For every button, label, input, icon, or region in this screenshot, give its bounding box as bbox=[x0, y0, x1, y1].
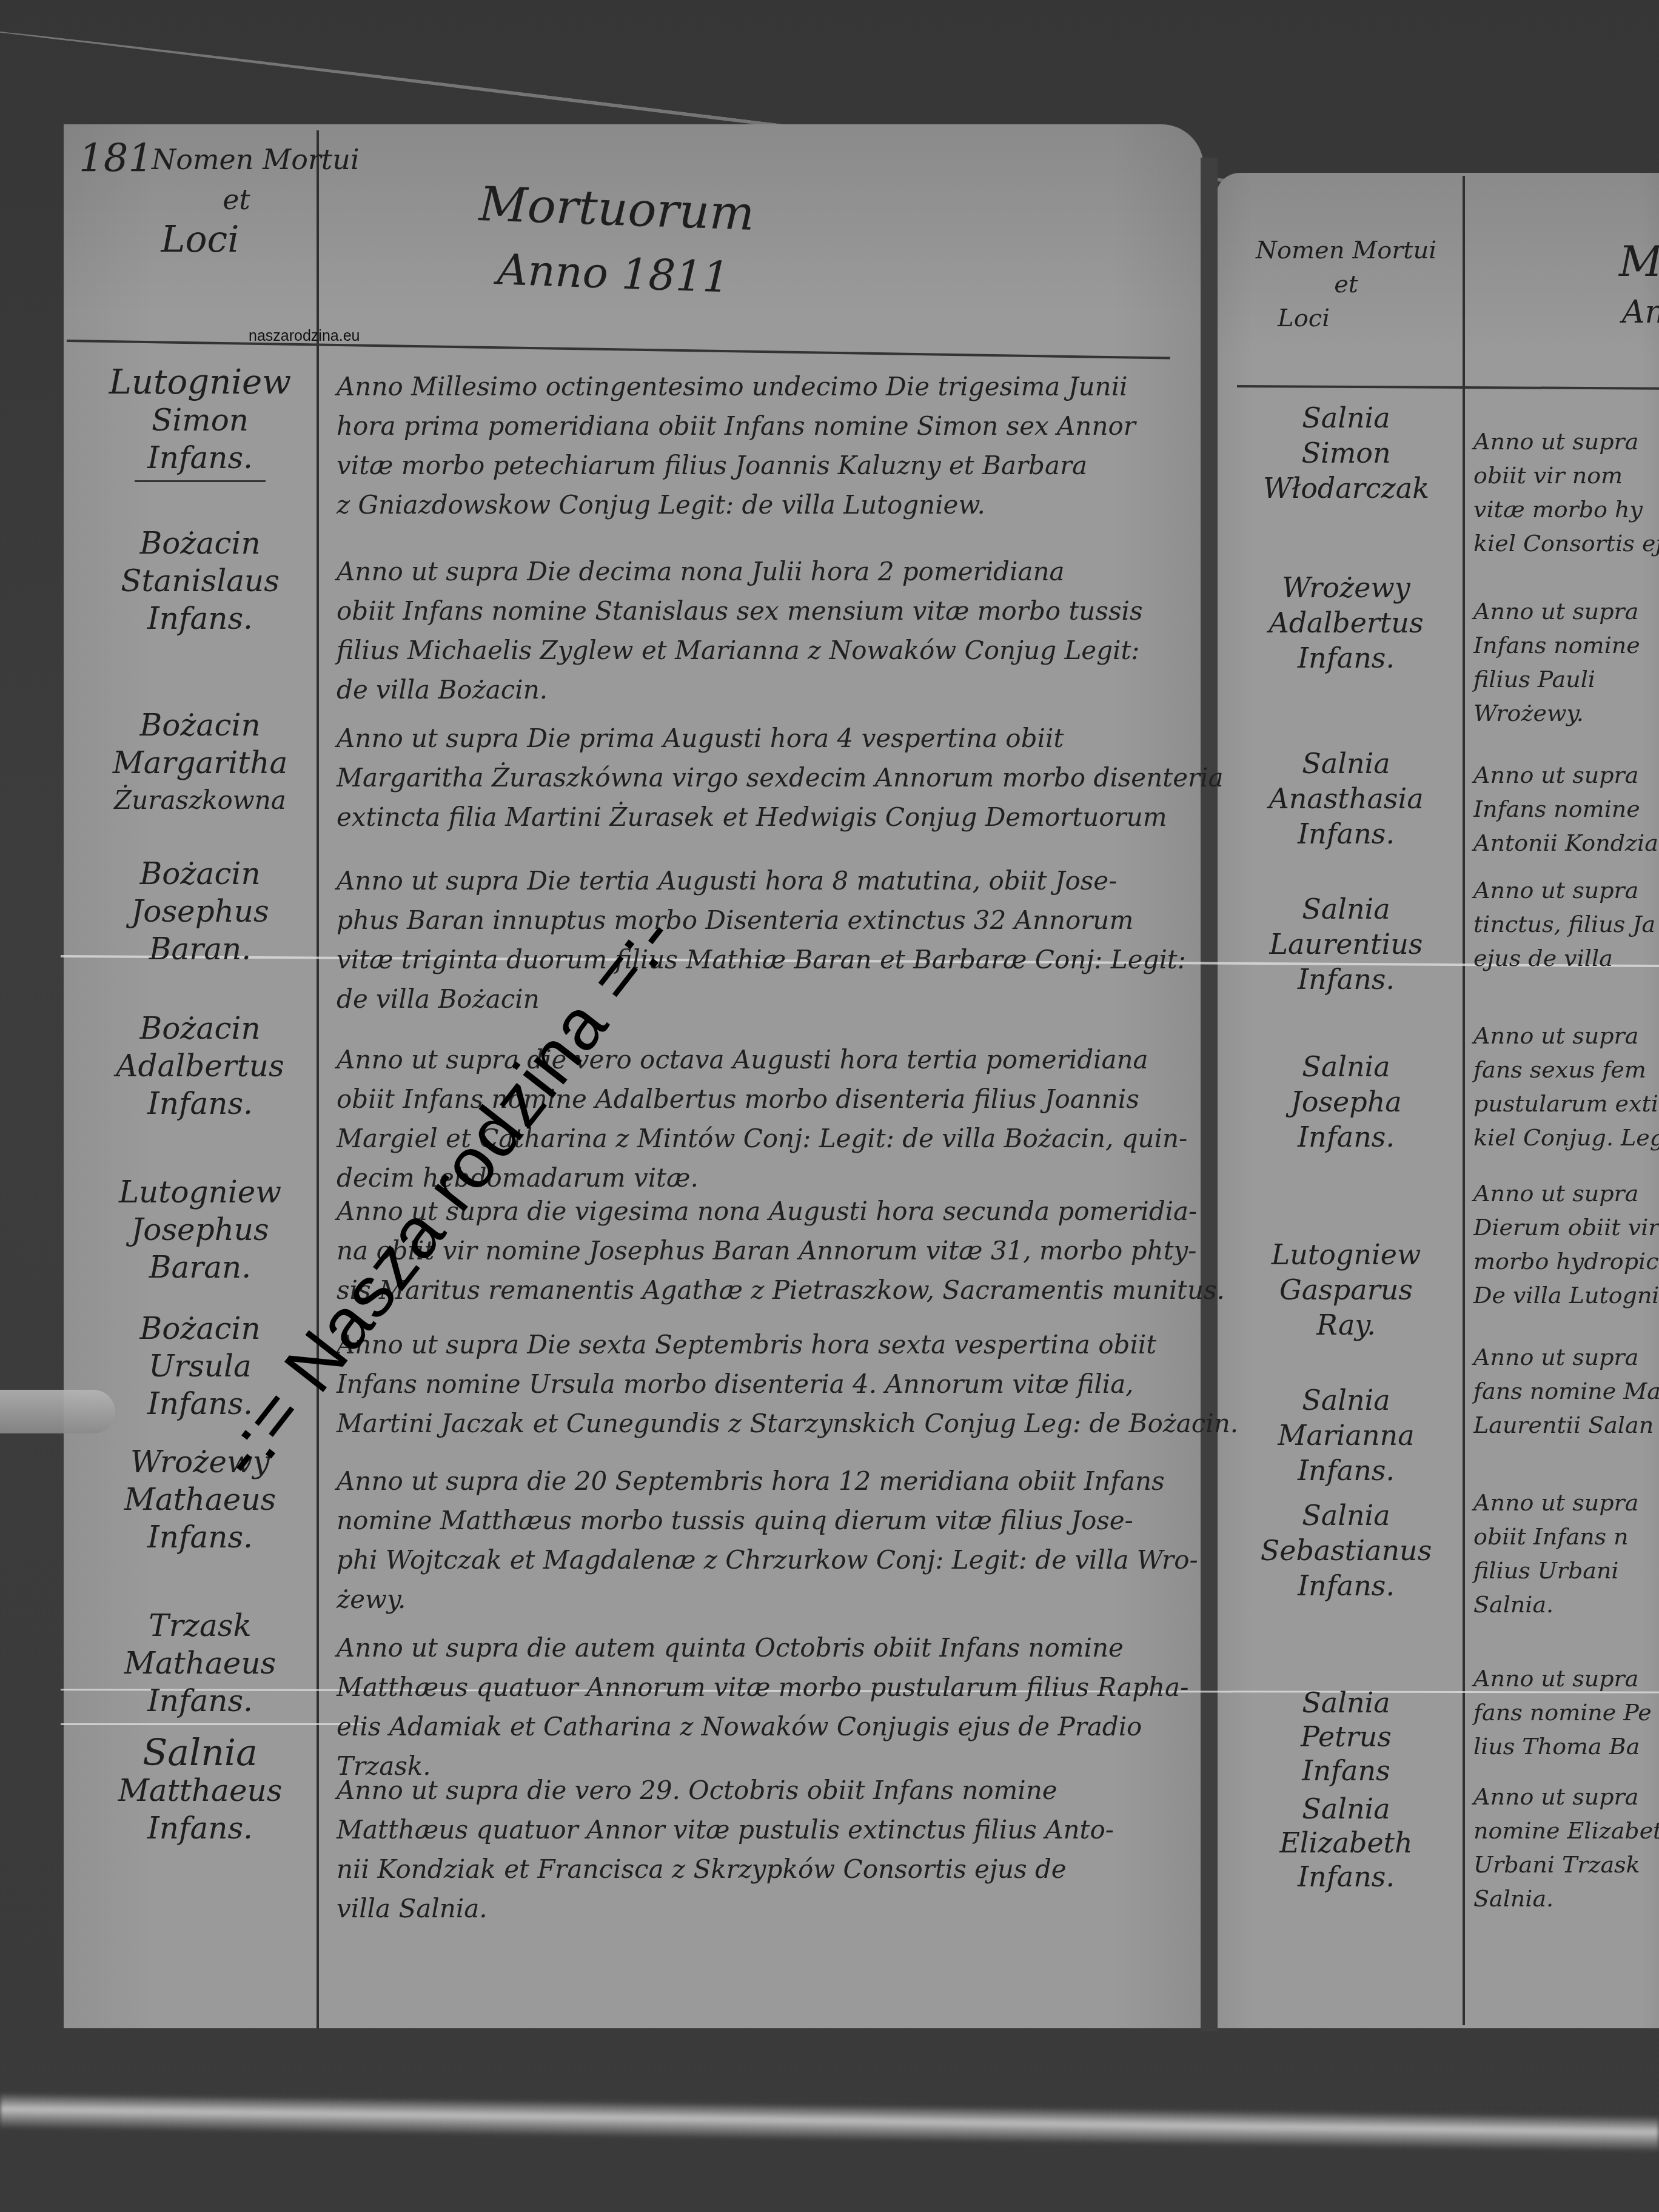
record-line: Infans nomine bbox=[1473, 792, 1658, 826]
name-entry: Trzask Mathaeus Infans. bbox=[91, 1607, 309, 1720]
name-entry: Salnia Marianna Infans. bbox=[1243, 1382, 1449, 1488]
record-line: obiit vir nom bbox=[1473, 458, 1659, 492]
record-line: Anno ut supra Die sexta Septembris hora … bbox=[337, 1325, 1238, 1364]
record-line: Salnia. bbox=[1473, 1587, 1638, 1621]
deceased-status: Baran. bbox=[91, 930, 309, 968]
place-name: Salnia bbox=[1243, 1498, 1449, 1533]
deceased-status: Infans. bbox=[1243, 1568, 1449, 1603]
column-header-line: Loci bbox=[1158, 301, 1449, 335]
name-entry: Lutogniew Josephus Baran. bbox=[91, 1173, 309, 1286]
record-line: Anno ut supra die 20 Septembris hora 12 … bbox=[337, 1461, 1198, 1501]
record-line: fans nomine Ma bbox=[1473, 1374, 1659, 1408]
place-name: Salnia bbox=[91, 1734, 309, 1772]
record-line: Anno ut supra bbox=[1473, 1486, 1638, 1520]
deceased-name: Margaritha bbox=[91, 744, 309, 782]
record-line: nomine Matthæus morbo tussis quinq dieru… bbox=[337, 1501, 1198, 1540]
deceased-status: Infans. bbox=[1243, 1860, 1449, 1894]
record-line: Anno ut supra bbox=[1473, 424, 1659, 458]
record-line: Antonii Kondzia bbox=[1473, 826, 1658, 860]
record-line: Urbani Trzask bbox=[1473, 1848, 1659, 1882]
record-line: extincta filia Martini Żurasek et Hedwig… bbox=[337, 797, 1224, 837]
column-header-line: Loci bbox=[79, 220, 321, 260]
record-entry-partial: Anno ut supra fans nomine Ma Laurentii S… bbox=[1473, 1340, 1659, 1442]
right-register-title-partial: M bbox=[1619, 236, 1659, 286]
register-title: Mortuorum bbox=[478, 177, 756, 241]
record-line: z Gniazdowskow Conjug Legit: de villa Lu… bbox=[337, 485, 1136, 525]
deceased-status: Baran. bbox=[91, 1248, 309, 1286]
record-line: phus Baran innuptus morbo Disenteria ext… bbox=[337, 900, 1186, 940]
record-entry: Anno ut supra Die tertia Augusti hora 8 … bbox=[337, 861, 1186, 1019]
name-entry: Salnia Josepha Infans. bbox=[1243, 1049, 1449, 1155]
record-line: Margaritha Żuraszkówna virgo sexdecim An… bbox=[337, 758, 1224, 797]
name-entry: Bożacin Adalbertus Infans. bbox=[91, 1010, 309, 1122]
record-entry: Anno ut supra Die decima nona Julii hora… bbox=[337, 552, 1142, 709]
record-line: Wrożewy. bbox=[1473, 696, 1640, 730]
name-entry: Salnia Matthaeus Infans. bbox=[91, 1734, 309, 1847]
right-register-year-partial: An bbox=[1622, 294, 1659, 330]
deceased-name: Adalbertus bbox=[1243, 605, 1449, 640]
place-name: Salnia bbox=[1243, 891, 1449, 927]
record-line: sis Maritus remanentis Agathæ z Pietrasz… bbox=[337, 1270, 1225, 1310]
record-entry-partial: Anno ut supra obiit Infans n filius Urba… bbox=[1473, 1486, 1638, 1621]
record-line: de villa Bożacin. bbox=[337, 670, 1142, 709]
record-line: Anno ut supra die autem quinta Octobris … bbox=[337, 1628, 1188, 1667]
record-line: phi Wojtczak et Magdalenæ z Chrzurkow Co… bbox=[337, 1540, 1198, 1580]
record-line: hora prima pomeridiana obiit Infans nomi… bbox=[337, 406, 1136, 446]
deceased-status: Żuraszkowna bbox=[91, 782, 309, 819]
deceased-name: Matthaeus bbox=[91, 1772, 309, 1809]
record-line: kiel Conjug. Legit bbox=[1473, 1121, 1659, 1155]
record-entry-partial: Anno ut supra fans sexus fem pustularum … bbox=[1473, 1019, 1659, 1155]
place-name: Salnia bbox=[1243, 1049, 1449, 1084]
deceased-status: Infans. bbox=[91, 1085, 309, 1122]
name-entry: Salnia Anasthasia Infans. bbox=[1243, 746, 1449, 851]
record-line: Anno ut supra bbox=[1473, 1019, 1659, 1053]
record-line: Anno Millesimo octingentesimo undecimo D… bbox=[337, 367, 1136, 406]
record-line: filius Michaelis Zyglew et Marianna z No… bbox=[337, 631, 1142, 670]
name-entry: Lutogniew Simon Infans. bbox=[91, 364, 309, 482]
record-line: vitæ morbo petechiarum filius Joannis Ka… bbox=[337, 446, 1136, 485]
record-line: Anno ut supra bbox=[1473, 758, 1658, 792]
column-header-line: Nomen Mortui bbox=[1243, 233, 1449, 267]
record-line: ejus de villa bbox=[1473, 941, 1655, 975]
deceased-name: Josephus bbox=[91, 893, 309, 930]
deceased-name: Simon bbox=[1243, 435, 1449, 471]
record-line: fans nomine Pe bbox=[1473, 1695, 1652, 1729]
place-name: Salnia bbox=[1243, 400, 1449, 435]
record-line: de villa Bożacin bbox=[337, 979, 1186, 1019]
deceased-status: Infans. bbox=[91, 1518, 309, 1556]
deceased-name: Stanislaus bbox=[91, 562, 309, 600]
record-line: filius Pauli bbox=[1473, 662, 1640, 696]
record-line: obiit Infans nomine Stanislaus sex mensi… bbox=[337, 591, 1142, 631]
deceased-name: Laurentius bbox=[1243, 927, 1449, 962]
name-entry: Bożacin Josephus Baran. bbox=[91, 855, 309, 968]
record-line: na obiit vir nomine Josephus Baran Annor… bbox=[337, 1231, 1225, 1270]
record-entry: Anno Millesimo octingentesimo undecimo D… bbox=[337, 367, 1136, 525]
record-entry-partial: Anno ut supra fans nomine Pe lius Thoma … bbox=[1473, 1661, 1652, 1763]
deceased-status: Infans. bbox=[1243, 1119, 1449, 1155]
deceased-name: Mathaeus bbox=[91, 1481, 309, 1518]
record-line: Anno ut supra die vero 29. Octobris obii… bbox=[337, 1771, 1114, 1810]
record-line: kiel Consortis ej bbox=[1473, 526, 1659, 560]
name-entry: Bożacin Stanislaus Infans. bbox=[91, 525, 309, 637]
record-line: Anno ut supra Die prima Augusti hora 4 v… bbox=[337, 719, 1224, 758]
column-header-name-place: Nomen Mortui et Loci bbox=[152, 139, 321, 260]
register-year: Anno 1811 bbox=[497, 244, 731, 302]
record-line: lius Thoma Ba bbox=[1473, 1729, 1652, 1763]
record-line: pustularum exti bbox=[1473, 1087, 1659, 1121]
place-name: Bożacin bbox=[91, 706, 309, 744]
name-entry: Salnia Petrus Infans bbox=[1243, 1686, 1449, 1788]
record-line: Martini Jaczak et Cunegundis z Starzynsk… bbox=[337, 1404, 1238, 1443]
record-line: Dierum obiit vir n bbox=[1473, 1210, 1659, 1244]
name-entry: Salnia Simon Włodarczak bbox=[1243, 400, 1449, 506]
column-header-line: et bbox=[1243, 267, 1449, 301]
deceased-name: Simon bbox=[91, 401, 309, 439]
record-line: fans sexus fem bbox=[1473, 1053, 1659, 1087]
record-entry-partial: Anno ut supra Infans nomine Antonii Kond… bbox=[1473, 758, 1658, 860]
record-entry-partial: Anno ut supra obiit vir nom vitæ morbo h… bbox=[1473, 424, 1659, 560]
deceased-name: Elizabeth bbox=[1243, 1826, 1449, 1860]
deceased-status: Infans. bbox=[1243, 816, 1449, 851]
deceased-name: Petrus bbox=[1243, 1720, 1449, 1754]
left-name-column-rule bbox=[317, 130, 319, 2028]
record-entry: Anno ut supra die autem quinta Octobris … bbox=[337, 1628, 1188, 1786]
place-name: Bożacin bbox=[91, 1010, 309, 1047]
deceased-status: Włodarczak bbox=[1243, 471, 1449, 506]
right-column-header-name-place: Nomen Mortui et Loci bbox=[1243, 233, 1449, 335]
book-gutter bbox=[1201, 158, 1218, 2031]
record-entry: Anno ut supra Die prima Augusti hora 4 v… bbox=[337, 719, 1224, 837]
deceased-status: Infans bbox=[1243, 1754, 1449, 1788]
record-line: Anno ut supra bbox=[1473, 1176, 1659, 1210]
place-name: Wrożewy bbox=[1243, 570, 1449, 605]
page-number: 181 bbox=[79, 136, 153, 181]
record-line: filius Urbani bbox=[1473, 1553, 1638, 1587]
place-name: Lutogniew bbox=[1243, 1237, 1449, 1272]
record-entry-partial: Anno ut supra Dierum obiit vir n morbo h… bbox=[1473, 1176, 1659, 1312]
place-name: Salnia bbox=[1243, 1792, 1449, 1826]
record-line: Matthæus quatuor Annorum vitæ morbo pust… bbox=[337, 1667, 1188, 1707]
place-name: Trzask bbox=[91, 1607, 309, 1644]
deceased-name: Adalbertus bbox=[91, 1047, 309, 1085]
deceased-name: Anasthasia bbox=[1243, 781, 1449, 816]
record-entry-partial: Anno ut supra nomine Elizabet Urbani Trz… bbox=[1473, 1780, 1659, 1915]
place-name: Bożacin bbox=[91, 855, 309, 893]
deceased-status: Infans. bbox=[1243, 1453, 1449, 1488]
record-line: obiit Infans n bbox=[1473, 1520, 1638, 1553]
scanner-clip bbox=[0, 1390, 115, 1433]
deceased-status: Infans. bbox=[91, 1682, 309, 1720]
record-line: villa Salnia. bbox=[337, 1889, 1114, 1928]
deceased-name: Mathaeus bbox=[91, 1644, 309, 1682]
record-line: nii Kondziak et Francisca z Skrzypków Co… bbox=[337, 1849, 1114, 1889]
record-line: Anno ut supra bbox=[1473, 873, 1655, 907]
deceased-name: Marianna bbox=[1243, 1418, 1449, 1453]
place-name: Salnia bbox=[1243, 1686, 1449, 1720]
record-entry-partial: Anno ut supra tinctus, filius Ja ejus de… bbox=[1473, 873, 1655, 975]
page-fold-crease bbox=[61, 1723, 364, 1725]
record-line: Anno ut supra bbox=[1473, 1340, 1659, 1374]
deceased-status: Infans. bbox=[1243, 962, 1449, 997]
place-name: Lutogniew bbox=[91, 364, 309, 401]
record-entry: Anno ut supra Die sexta Septembris hora … bbox=[337, 1325, 1238, 1443]
record-entry-partial: Anno ut supra Infans nomine filius Pauli… bbox=[1473, 594, 1640, 730]
record-line: Anno ut supra bbox=[1473, 1780, 1659, 1814]
record-line: Matthæus quatuor Annor vitæ pustulis ext… bbox=[337, 1810, 1114, 1849]
name-entry: Salnia Elizabeth Infans. bbox=[1243, 1792, 1449, 1894]
record-entry: Anno ut supra die vero 29. Octobris obii… bbox=[337, 1771, 1114, 1928]
record-line: Anno ut supra Die decima nona Julii hora… bbox=[337, 552, 1142, 591]
name-entry: Lutogniew Gasparus Ray. bbox=[1243, 1237, 1449, 1342]
record-line: Infans nomine Ursula morbo disenteria 4.… bbox=[337, 1364, 1238, 1404]
record-line: morbo hydropic bbox=[1473, 1244, 1659, 1278]
record-line: tinctus, filius Ja bbox=[1473, 907, 1655, 941]
name-entry: Salnia Sebastianus Infans. bbox=[1243, 1498, 1449, 1603]
right-name-column-rule bbox=[1463, 176, 1465, 2025]
record-line: vitæ morbo hy bbox=[1473, 492, 1659, 526]
record-entry: Anno ut supra die 20 Septembris hora 12 … bbox=[337, 1461, 1198, 1619]
place-name: Bożacin bbox=[91, 525, 309, 562]
deceased-name: Gasparus bbox=[1243, 1272, 1449, 1307]
place-name: Salnia bbox=[1243, 746, 1449, 781]
record-line: Infans nomine bbox=[1473, 628, 1640, 662]
record-line: Anno ut supra bbox=[1473, 1661, 1652, 1695]
record-line: De villa Lutogni bbox=[1473, 1278, 1659, 1312]
record-line: Anno ut supra bbox=[1473, 594, 1640, 628]
name-entry: Salnia Laurentius Infans. bbox=[1243, 891, 1449, 997]
site-label: naszarodzina.eu bbox=[249, 327, 360, 345]
deceased-name: Sebastianus bbox=[1243, 1533, 1449, 1568]
record-line: żewy. bbox=[337, 1580, 1198, 1619]
column-header-line: Nomen Mortui bbox=[152, 139, 321, 179]
name-entry: Wrożewy Adalbertus Infans. bbox=[1243, 570, 1449, 675]
record-line: Laurentii Salan bbox=[1473, 1408, 1659, 1442]
deceased-status: Infans. bbox=[1243, 640, 1449, 675]
record-line: Salnia. bbox=[1473, 1882, 1659, 1915]
column-header-line: et bbox=[152, 179, 321, 220]
deceased-status: Infans. bbox=[91, 1809, 309, 1847]
deceased-status: Ray. bbox=[1243, 1307, 1449, 1342]
record-line: vitæ triginta duorum filius Mathiæ Baran… bbox=[337, 940, 1186, 979]
deceased-status: Infans. bbox=[91, 600, 309, 637]
record-line: Anno ut supra die vero octava Augusti ho… bbox=[337, 1040, 1187, 1079]
record-line: nomine Elizabet bbox=[1473, 1814, 1659, 1848]
deceased-name: Josepha bbox=[1243, 1084, 1449, 1119]
record-line: elis Adamiak et Catharina z Nowaków Conj… bbox=[337, 1707, 1188, 1746]
deceased-name: Josephus bbox=[91, 1211, 309, 1248]
place-name: Bożacin bbox=[91, 1310, 309, 1347]
record-line: Anno ut supra Die tertia Augusti hora 8 … bbox=[337, 861, 1186, 900]
place-name: Lutogniew bbox=[91, 1173, 309, 1211]
place-name: Salnia bbox=[1243, 1382, 1449, 1418]
deceased-status: Infans. bbox=[91, 439, 309, 477]
name-entry: Bożacin Margaritha Żuraszkowna bbox=[91, 706, 309, 819]
